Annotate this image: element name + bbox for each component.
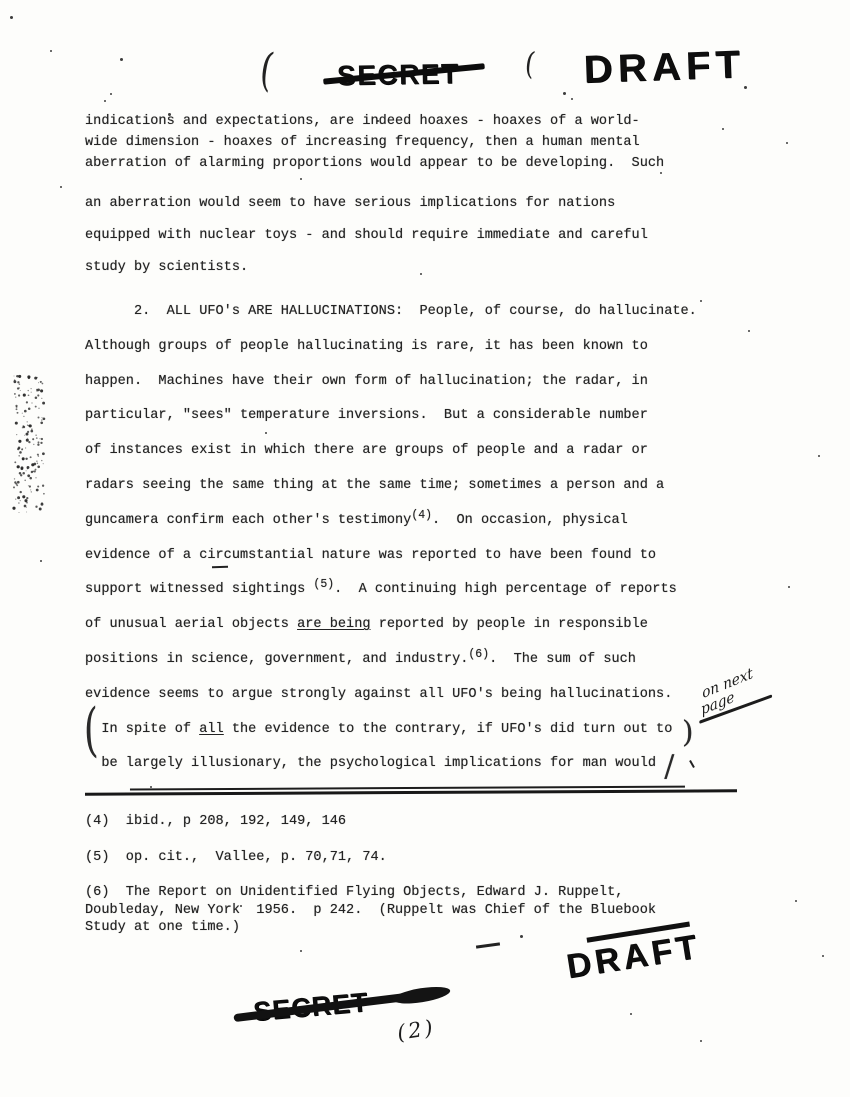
paragraph-1-double-spaced: an aberration would seem to have serious… (85, 188, 785, 284)
text-line: (6) The Report on Unidentified Flying Ob… (85, 884, 785, 902)
text-line: particular, "sees" temperature inversion… (85, 399, 785, 434)
text-line: equipped with nuclear toys - and should … (85, 220, 785, 252)
scan-speck (420, 273, 422, 275)
pen-curve-mark: ( (523, 45, 537, 82)
text-line: support witnessed sightings (5). A conti… (85, 573, 785, 608)
text-line: evidence of a circumstantial nature was … (85, 539, 785, 574)
text-line: radars seeing the same thing at the same… (85, 469, 785, 504)
scan-speck (50, 50, 52, 52)
scan-speck (822, 955, 824, 957)
scan-speck (40, 560, 42, 562)
footnote-separator-rule (85, 789, 737, 795)
footnote-6: (6) The Report on Unidentified Flying Ob… (85, 884, 785, 937)
text-line: study by scientists. (85, 252, 785, 284)
scan-speck (744, 86, 747, 89)
scan-speck (377, 120, 379, 122)
text-line: Although groups of people hallucinating … (85, 330, 785, 365)
handwritten-page-number: (2) (395, 1015, 437, 1045)
text-line: In spite of all the evidence to the cont… (85, 713, 785, 748)
scan-speck (300, 950, 302, 952)
scan-speck (10, 16, 13, 19)
text-line: guncamera confirm each other's testimony… (85, 504, 785, 539)
text-line: (4) ibid., p 208, 192, 149, 146 (85, 813, 785, 831)
secret-stamp-bottom: SECRET (252, 987, 370, 1028)
text-line: of unusual aerial objects are being repo… (85, 608, 785, 643)
ink-blob (392, 984, 451, 1007)
text-line: positions in science, government, and in… (85, 643, 785, 678)
scan-speck (60, 186, 62, 188)
scan-speck (300, 178, 302, 180)
scan-speck (660, 172, 662, 174)
scan-speck (104, 100, 106, 102)
scanned-document-page: SECRET DRAFT ( ( indications and expecta… (0, 0, 850, 1097)
scan-artifact-dash (476, 942, 500, 948)
text-line: aberration of alarming proportions would… (85, 153, 785, 174)
scan-speck (571, 98, 573, 100)
scan-speck (168, 113, 171, 116)
text-line: evidence seems to argue strongly against… (85, 678, 785, 713)
text-line: 2. ALL UFO's ARE HALLUCINATIONS: People,… (85, 295, 785, 330)
scan-speck (748, 330, 750, 332)
text-line: wide dimension - hoaxes of increasing fr… (85, 132, 785, 153)
hand-drawn-paren-left: ( (83, 700, 99, 759)
footnote-4: (4) ibid., p 208, 192, 149, 146 (85, 813, 785, 831)
scan-speck (722, 128, 724, 130)
text-line: an aberration would seem to have serious… (85, 188, 785, 220)
scan-speck (563, 92, 566, 95)
scan-noise-blob (2, 370, 64, 520)
secret-stamp-top: SECRET (337, 58, 460, 92)
text-line: happen. Machines have their own form of … (85, 365, 785, 400)
pen-curve-mark: ( (257, 41, 277, 98)
scan-speck (700, 1040, 702, 1042)
paragraph-1-single-spaced: indications and expectations, are indeed… (85, 111, 785, 174)
text-line: (5) op. cit., Vallee, p. 70,71, 74. (85, 849, 785, 867)
scan-speck (630, 1013, 632, 1015)
scan-speck (110, 93, 112, 95)
scan-speck (818, 455, 820, 457)
scan-speck (150, 786, 152, 788)
scan-speck (520, 935, 523, 938)
text-line: Doubleday, New York 1956. p 242. (Ruppel… (85, 902, 785, 920)
draft-stamp-top: DRAFT (583, 43, 746, 92)
text-line: indications and expectations, are indeed… (85, 111, 785, 132)
text-line: of instances exist in which there are gr… (85, 434, 785, 469)
scan-speck (700, 300, 702, 302)
text-line: be largely illusionary, the psychologica… (85, 747, 785, 782)
scan-speck (240, 905, 242, 907)
scan-speck (795, 900, 797, 902)
scan-speck (786, 142, 788, 144)
footnote-5: (5) op. cit., Vallee, p. 70,71, 74. (85, 849, 785, 867)
paragraph-2: 2. ALL UFO's ARE HALLUCINATIONS: People,… (85, 295, 785, 782)
scan-speck (788, 586, 790, 588)
scan-speck (120, 58, 123, 61)
scan-speck (265, 432, 267, 434)
